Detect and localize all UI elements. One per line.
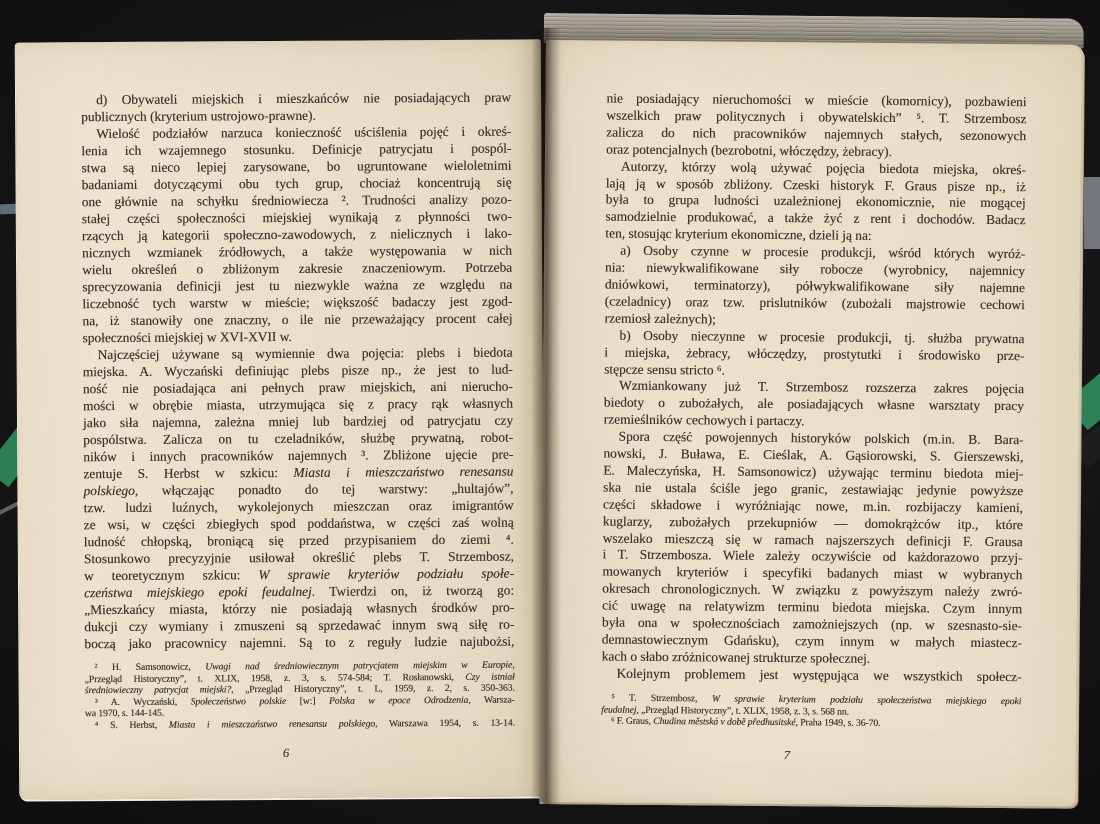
text-line: d) Obywateli miejskich i mieszkańców nie… (81, 89, 511, 109)
right-page-footnotes: ⁵ T. Strzembosz, W sprawie kryterium pod… (601, 693, 1021, 731)
right-page-body: nie posiadający nieruchomości w mieście … (601, 91, 1026, 686)
photo-background: d) Obywateli miejskich i mieszkańców nie… (0, 0, 1100, 824)
left-page-number: 6 (85, 745, 515, 763)
right-page-number: 7 (601, 747, 1021, 766)
text-line: ⁶ F. Graus, Chudina městská v době předh… (601, 716, 1021, 731)
right-page: nie posiadający nieruchomości w mieście … (539, 40, 1082, 807)
text-line: ⁴ S. Herbst, Miasta i mieszczaństwo rene… (85, 717, 515, 731)
text-line: boczą jako pracownicy najemni. Są to z r… (84, 633, 514, 653)
text-line: na, iż stanowiły one znaczny, o ile nie … (82, 310, 512, 330)
left-page-body: d) Obywateli miejskich i mieszkańców nie… (81, 89, 514, 653)
left-page: d) Obywateli miejskich i mieszkańców nie… (16, 39, 546, 799)
text-line: Kolejnym problemem jest występująca we w… (601, 665, 1021, 686)
left-page-footnotes: ² H. Samsonowicz, Uwagi nad średniowiecz… (84, 660, 514, 732)
background-gray-rect-right (1084, 177, 1100, 249)
